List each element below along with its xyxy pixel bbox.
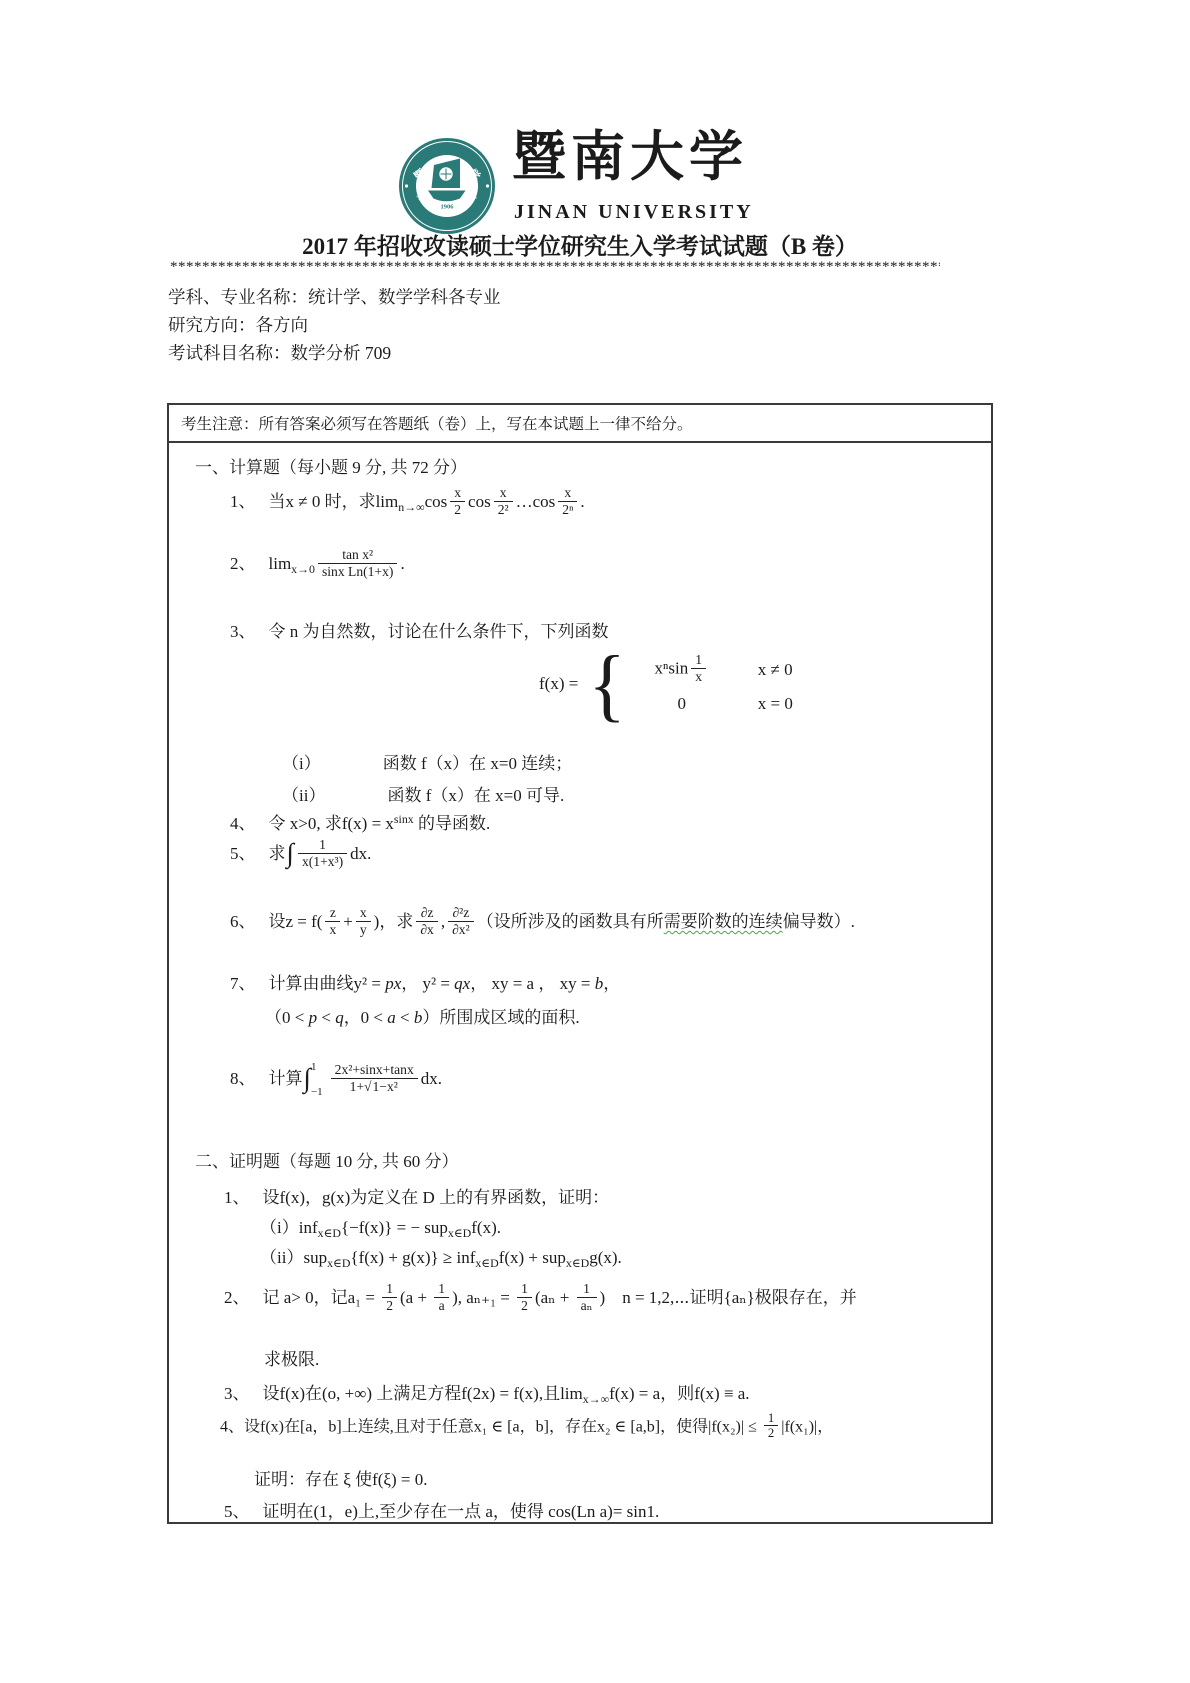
- subscript: x∈D: [448, 1226, 471, 1240]
- question-number: 2、: [224, 1283, 250, 1308]
- math-italic-run: px: [385, 974, 401, 993]
- question-2-5: 5、证明在(1，e)上,至少存在一点 a，使得 cos(Ln a)= sin1.: [224, 1497, 659, 1522]
- case-expression: xⁿsin1x: [632, 654, 732, 685]
- case-condition: x = 0: [758, 694, 793, 714]
- radicand: 1−x²: [372, 1078, 399, 1094]
- subscript: x∈D: [318, 1226, 341, 1240]
- text-run: 求: [269, 844, 286, 863]
- text-run: 令 n 为自然数，讨论在什么条件下，下列函数: [269, 622, 609, 641]
- text-run: f(x) + sup: [499, 1248, 566, 1267]
- math-italic-run: qx: [454, 974, 470, 993]
- question-number: 2、: [230, 549, 256, 574]
- question-number: 8、: [230, 1064, 256, 1089]
- question-2-2: 2、记 a> 0，记a₁ = 12(a + 1a), aₙ₊₁ = 12(aₙ …: [224, 1283, 857, 1315]
- question-1-1: 1、当x ≠ 0 时，求limn→∞cosx2cosx2²…cosx2ⁿ.: [230, 487, 585, 519]
- subscript: x∈D: [327, 1256, 350, 1270]
- text-run: 设f(x)在[a，b]上连续,且对于任意x₁ ∈ [a，b]，存在x₂ ∈ [a…: [244, 1419, 761, 1436]
- meta-direction: 研究方向：各方向: [168, 312, 308, 337]
- fraction: xy: [356, 905, 371, 936]
- fraction: 1a: [434, 1281, 449, 1312]
- section2-heading: 二、证明题（每题 10 分, 共 60 分）: [195, 1147, 459, 1172]
- superscript: sinx: [394, 812, 414, 826]
- fraction: zx: [325, 905, 340, 936]
- question-number: 3、: [230, 617, 256, 642]
- text-run: （设所涉及的函数具有所: [477, 912, 664, 931]
- question-1-6: 6、设z = f(zx+xy)，求∂z∂x,∂²z∂x²（设所涉及的函数具有所需…: [230, 907, 855, 939]
- question-1-4: 4、令 x>0, 求f(x) = xsinx 的导函数.: [230, 809, 490, 834]
- integral-sign: ∫: [287, 838, 294, 868]
- fraction: tan x²sinx Ln(1+x): [318, 547, 397, 578]
- question-1-8: 8、计算∫1−12x²+sinx+tanx1+√1−x²dx.: [230, 1061, 442, 1099]
- text-run: (aₙ +: [535, 1288, 574, 1307]
- fraction: 1aₙ: [577, 1281, 597, 1312]
- question-2-1-i: （i）infx∈D{−f(x)} = − supx∈Df(x).: [260, 1213, 501, 1241]
- text-run: <: [317, 1008, 335, 1027]
- question-2-4: 4、设f(x)在[a，b]上连续,且对于任意x₁ ∈ [a，b]，存在x₂ ∈ …: [220, 1413, 833, 1443]
- question-number: 5、: [230, 839, 256, 864]
- integral-with-bounds: ∫1−1: [303, 1061, 328, 1099]
- text-run: (a +: [400, 1288, 431, 1307]
- text-run: ), aₙ₊₁ =: [452, 1288, 514, 1307]
- item-number: （i）: [282, 749, 321, 774]
- question-1-3-ii: （ii）函数 f（x）在 x=0 可导.: [282, 781, 564, 806]
- text-run: 计算由曲线y² =: [269, 974, 386, 993]
- text-run: {−f(x)} = − sup: [341, 1218, 448, 1237]
- text-run: cos: [468, 492, 491, 511]
- item-number: （ii）: [282, 781, 325, 806]
- text-run: ， y² =: [401, 974, 454, 993]
- subscript: x∈D: [475, 1256, 498, 1270]
- text-run: <: [396, 1008, 414, 1027]
- limit-subscript: n→∞: [398, 500, 424, 514]
- text-run: 的导函数.: [414, 814, 491, 833]
- text-run: lim: [269, 554, 292, 573]
- text-run: sup: [303, 1248, 327, 1267]
- subscript: x∈D: [566, 1256, 589, 1270]
- question-number: 1、: [224, 1183, 250, 1208]
- question-number: 6、: [230, 907, 256, 932]
- item-number: （i）: [260, 1218, 299, 1237]
- text-run: dx.: [421, 1069, 442, 1088]
- text-run: inf: [299, 1218, 318, 1237]
- fraction: x2²: [494, 485, 513, 516]
- text-run: f(x) =: [539, 674, 578, 694]
- text-run: ，: [603, 974, 620, 993]
- text-run: 函数 f（x）在 x=0 可导.: [387, 786, 564, 805]
- question-2-1: 1、设f(x)，g(x)为定义在 D 上的有界函数，证明：: [224, 1183, 609, 1208]
- fraction: 1x(1+x³): [298, 837, 347, 868]
- integral-upper-bound: 1: [311, 1062, 323, 1073]
- question-1-2: 2、limx→0tan x²sinx Ln(1+x).: [230, 549, 405, 581]
- limit-subscript: x→0: [291, 562, 315, 576]
- item-number: （ii）: [260, 1248, 303, 1267]
- text-run: ，0 <: [344, 1008, 388, 1027]
- candidate-notice: 考生注意：所有答案必须写在答题纸（卷）上，写在本试题上一律不给分。: [169, 405, 991, 443]
- case-rows: xⁿsin1x x ≠ 0 0 x = 0: [632, 654, 793, 713]
- text-run: 函数 f（x）在 x=0 连续；: [383, 754, 573, 773]
- fraction: ∂z∂x: [416, 905, 438, 936]
- text-run: 令 x>0, 求f(x) = x: [269, 814, 394, 833]
- question-2-2-line2: 求极限.: [264, 1345, 319, 1370]
- text-run: {f(x) + g(x)} ≥ inf: [350, 1248, 475, 1267]
- text-run: …: [516, 492, 533, 511]
- case-condition: x ≠ 0: [758, 660, 793, 680]
- separator-stars: ****************************************…: [170, 259, 940, 276]
- text-run: 设f(x)在(o, +∞) 上满足方程f(2x) = f(x),且lim: [263, 1384, 583, 1403]
- question-number: 4、: [220, 1419, 244, 1436]
- math-italic-run: b: [595, 974, 604, 993]
- university-logotype-cn: 暨南大学: [512, 128, 748, 187]
- fraction: x2: [450, 485, 465, 516]
- text-run: |f(x₁)|，: [781, 1419, 833, 1436]
- question-number: 7、: [230, 969, 256, 994]
- question-box: 考生注意：所有答案必须写在答题纸（卷）上，写在本试题上一律不给分。 一、计算题（…: [167, 403, 993, 1524]
- integral-sign: ∫: [304, 1063, 311, 1094]
- text-run: g(x).: [589, 1248, 622, 1267]
- text-run: cos: [425, 492, 448, 511]
- limit-subscript: x→∞: [583, 1392, 609, 1406]
- spellcheck-underlined-run: 需要阶数的连续: [664, 912, 783, 931]
- university-seal: 暨南大学 JINAN UNIVERSITY 1906: [397, 136, 497, 241]
- math-italic-run: a: [387, 1008, 396, 1027]
- question-2-4-line2: 证明：存在 ξ 使f(ξ) = 0.: [254, 1465, 427, 1490]
- fraction: x2ⁿ: [558, 485, 577, 516]
- fraction: ∂²z∂x²: [448, 905, 474, 936]
- text-run: cos: [533, 492, 556, 511]
- curly-brace: {: [588, 645, 625, 723]
- section1-heading: 一、计算题（每小题 9 分, 共 72 分）: [195, 453, 467, 478]
- question-number: 5、: [224, 1497, 250, 1522]
- text-run: 偏导数）.: [783, 912, 855, 931]
- meta-subject: 学科、专业名称：统计学、数学学科各专业: [168, 284, 501, 309]
- fraction: 12: [382, 1281, 397, 1312]
- text-run: .: [400, 554, 404, 573]
- meta-course: 考试科目名称：数学分析 709: [168, 340, 391, 365]
- question-1-7: 7、计算由曲线y² = px， y² = qx， xy = a ， xy = b…: [230, 969, 620, 994]
- math-italic-run: p: [309, 1008, 318, 1027]
- text-run: 记 a> 0，记a₁ =: [263, 1288, 380, 1307]
- exam-paper-page: 暨南大学 JINAN UNIVERSITY 1906 暨南大学 JINAN UN…: [0, 0, 1190, 1683]
- text-run: f(x).: [471, 1218, 501, 1237]
- question-1-3-i: （i）函数 f（x）在 x=0 连续；: [282, 749, 572, 774]
- case-expression: 0: [632, 694, 732, 714]
- question-number: 1、: [230, 487, 256, 512]
- text-run: .: [580, 492, 584, 511]
- text-run: 当x ≠ 0 时，求lim: [269, 492, 399, 511]
- fraction: 12: [517, 1281, 532, 1312]
- university-logotype-en: JINAN UNIVERSITY: [514, 201, 754, 224]
- math-italic-run: q: [335, 1008, 344, 1027]
- question-number: 4、: [230, 809, 256, 834]
- text-run: 设z = f(: [269, 912, 323, 931]
- text-run: （0 <: [265, 1008, 309, 1027]
- question-2-1-ii: （ii）supx∈D{f(x) + g(x)} ≥ infx∈Df(x) + s…: [260, 1243, 622, 1271]
- question-1-3: 3、令 n 为自然数，讨论在什么条件下，下列函数: [230, 617, 609, 642]
- fraction: 1x: [691, 652, 706, 683]
- question-2-3: 3、设f(x)在(o, +∞) 上满足方程f(2x) = f(x),且limx→…: [224, 1379, 750, 1407]
- case-row: 0 x = 0: [632, 694, 793, 714]
- integral-lower-bound: −1: [311, 1087, 323, 1098]
- text-run: dx.: [350, 844, 371, 863]
- text-run: 计算: [269, 1069, 303, 1088]
- seal-graphic: 暨南大学 JINAN UNIVERSITY 1906: [397, 136, 497, 236]
- text-run: f(x) = a，则f(x) ≡ a.: [609, 1384, 749, 1403]
- seal-year: 1906: [441, 204, 455, 211]
- text-run: 设f(x)，g(x)为定义在 D 上的有界函数，证明：: [263, 1188, 610, 1207]
- fraction: 2x²+sinx+tanx1+√1−x²: [331, 1062, 418, 1093]
- text-run: ,: [441, 912, 445, 931]
- text-run: +: [343, 912, 353, 931]
- text-run: n = 1,2,⋯证明{aₙ}极限存在，并: [605, 1288, 857, 1307]
- text-run: ）所围成区域的面积.: [422, 1008, 579, 1027]
- fraction: 12: [764, 1411, 778, 1441]
- question-1-5: 5、求∫1x(1+x³)dx.: [230, 839, 371, 871]
- piecewise-definition: f(x) = { xⁿsin1x x ≠ 0 0 x = 0: [539, 647, 793, 721]
- text-run: 证明在(1，e)上,至少存在一点 a，使得 cos(Ln a)= sin1.: [263, 1502, 660, 1521]
- question-number: 3、: [224, 1379, 250, 1404]
- text-run: )，求: [374, 912, 414, 931]
- text-run: ， xy = a ， xy =: [470, 974, 594, 993]
- exam-title: 2017 年招收攻读硕士学位研究生入学考试试题（B 卷）: [40, 228, 1120, 261]
- question-1-7-line2: （0 < p < q，0 < a < b）所围成区域的面积.: [265, 1003, 580, 1028]
- case-row: xⁿsin1x x ≠ 0: [632, 654, 793, 685]
